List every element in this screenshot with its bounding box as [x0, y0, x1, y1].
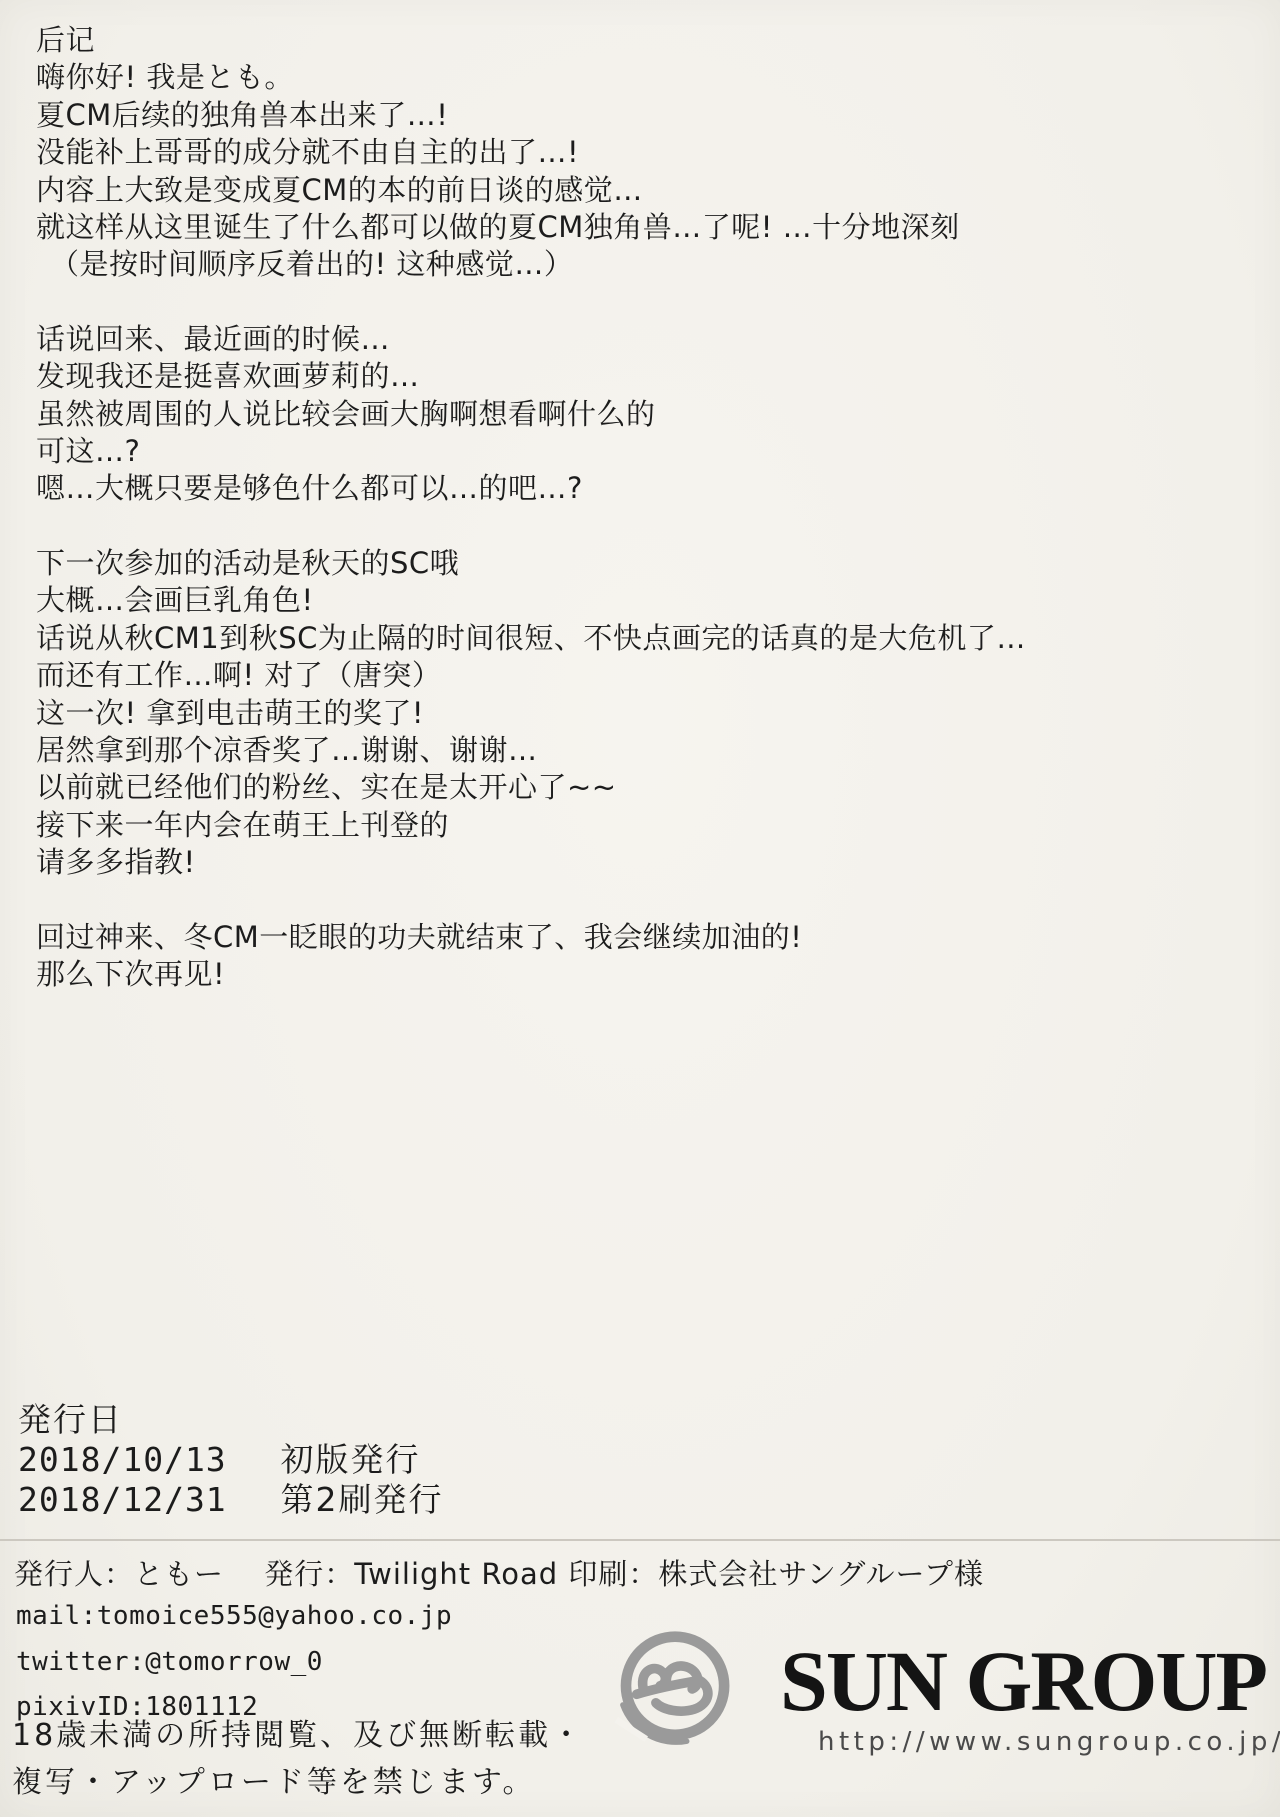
afterword-line: 居然拿到那个凉香奖了…谢谢、谢谢… [36, 732, 1026, 769]
afterword-line: 内容上大致是变成夏CM的本的前日谈的感觉… [36, 172, 1026, 209]
edition-date: 2018/12/31 [18, 1480, 268, 1520]
afterword-line: 夏CM后续的独角兽本出来了…! [36, 97, 1026, 134]
afterword-line: 话说从秋CM1到秋SC为止隔的时间很短、不快点画完的话真的是大危机了… [36, 620, 1026, 657]
edition-label: 初版発行 [281, 1440, 421, 1479]
afterword-line: （是按时间顺序反着出的! 这种感觉…） [36, 246, 1026, 283]
afterword-line: 而还有工作…啊! 对了（唐突） [36, 657, 1026, 694]
afterword-line: 可这…? [36, 433, 1026, 470]
publication-heading: 発行日 [18, 1400, 444, 1440]
afterword-line: 大概…会画巨乳角色! [36, 582, 1026, 619]
edition-date: 2018/10/13 [18, 1440, 268, 1480]
afterword-line: 请多多指教! [36, 844, 1026, 881]
afterword-line: 嗨你好! 我是とも。 [36, 59, 1026, 96]
afterword-title: 后记 [36, 22, 1026, 59]
afterword-line: 接下来一年内会在萌王上刊登的 [36, 807, 1026, 844]
horizontal-divider [0, 1539, 1280, 1541]
afterword-line: 这一次! 拿到电击萌王的奖了! [36, 695, 1026, 732]
sun-group-circle-mark-icon [610, 1626, 738, 1754]
afterword-line: 发现我还是挺喜欢画萝莉的… [36, 358, 1026, 395]
afterword-para-2: 话说回来、最近画的时候… 发现我还是挺喜欢画萝莉的… 虽然被周围的人说比较会画大… [36, 321, 1026, 508]
afterword-line: 没能补上哥哥的成分就不由自主的出了…! [36, 134, 1026, 171]
edition-label: 第2刷発行 [281, 1480, 444, 1519]
contact-mail: mail:tomoice555@yahoo.co.jp [16, 1594, 452, 1640]
age-restriction-notice: 18歳未満の所持閲覧、及び無断転載・ 複写・アップロード等を禁じます。 [12, 1712, 584, 1806]
publication-dates: 発行日 2018/10/13 初版発行 2018/12/31 第2刷発行 [18, 1400, 444, 1520]
afterword-line: 就这样从这里诞生了什么都可以做的夏CM独角兽…了呢! …十分地深刻 [36, 209, 1026, 246]
afterword-para-4: 回过神来、冬CM一眨眼的功夫就结束了、我会继续加油的! 那么下次再见! [36, 919, 1026, 994]
sun-group-url: http://www.sungroup.co.jp/ [818, 1727, 1280, 1757]
afterword-text: 后记 嗨你好! 我是とも。 夏CM后续的独角兽本出来了…! 没能补上哥哥的成分就… [36, 22, 1026, 1030]
afterword-line: 话说回来、最近画的时候… [36, 321, 1026, 358]
afterword-line: 那么下次再见! [36, 956, 1026, 993]
edition-row: 2018/10/13 初版発行 [18, 1440, 444, 1480]
notice-line: 複写・アップロード等を禁じます。 [12, 1759, 584, 1806]
afterword-line: 嗯…大概只要是够色什么都可以…的吧…? [36, 470, 1026, 507]
afterword-line: 回过神来、冬CM一眨眼的功夫就结束了、我会继续加油的! [36, 919, 1026, 956]
scanned-afterword-page: 后记 嗨你好! 我是とも。 夏CM后续的独角兽本出来了…! 没能补上哥哥的成分就… [0, 0, 1280, 1817]
sun-group-wordmark: SUN GROUP [780, 1638, 1266, 1724]
edition-row: 2018/12/31 第2刷発行 [18, 1480, 444, 1520]
notice-line: 18歳未満の所持閲覧、及び無断転載・ [12, 1712, 584, 1759]
contact-twitter: twitter:@tomorrow_0 [16, 1640, 452, 1686]
afterword-line: 下一次参加的活动是秋天的SC哦 [36, 545, 1026, 582]
afterword-para-1: 后记 嗨你好! 我是とも。 夏CM后续的独角兽本出来了…! 没能补上哥哥的成分就… [36, 22, 1026, 284]
afterword-line: 以前就已经他们的粉丝、实在是太开心了~~ [36, 769, 1026, 806]
afterword-para-3: 下一次参加的活动是秋天的SC哦 大概…会画巨乳角色! 话说从秋CM1到秋SC为止… [36, 545, 1026, 882]
publisher-line: 発行人：ともー 発行：Twilight Road 印刷：株式会社サングループ様 [14, 1552, 984, 1593]
afterword-line: 虽然被周围的人说比较会画大胸啊想看啊什么的 [36, 396, 1026, 433]
contact-info: mail:tomoice555@yahoo.co.jp twitter:@tom… [16, 1594, 452, 1731]
